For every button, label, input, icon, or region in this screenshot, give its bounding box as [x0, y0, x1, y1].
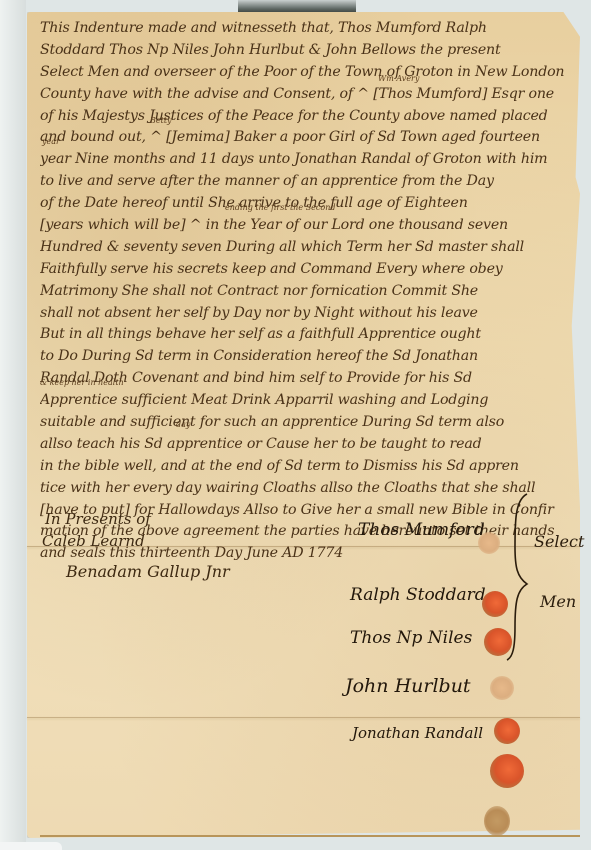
text-line: tice with her every day wairing Cloaths …: [40, 478, 580, 500]
text-line: in the bible well, and at the end of Sd …: [40, 456, 580, 478]
archival-sleeve-edge: [0, 0, 26, 850]
interlineation: Betty: [150, 116, 172, 125]
archive-label-tab: [0, 842, 62, 850]
interlineation: day: [176, 420, 190, 429]
text-line: suitable and sufficient for such an appr…: [40, 412, 580, 434]
margin-note: & keep her in health: [40, 378, 124, 387]
witness-signature: Caleb Learnd: [42, 532, 145, 550]
signature-randall: Jonathan Randall: [352, 724, 483, 742]
text-line: to Do During Sd term in Consideration he…: [40, 346, 580, 368]
text-line: Stoddard Thos Np Niles John Hurlbut & Jo…: [40, 40, 580, 62]
text-line: and bound out, ^ [Jemima] Baker a poor G…: [40, 127, 580, 149]
text-line: But in all things behave her self as a f…: [40, 324, 580, 346]
signature-stoddard: Ralph Stoddard: [350, 585, 486, 605]
text-line: Faithfully serve his secrets keep and Co…: [40, 259, 580, 281]
wax-seal: [478, 532, 500, 554]
text-line: allso teach his Sd apprentice or Cause h…: [40, 434, 580, 456]
text-line: to live and serve after the manner of an…: [40, 171, 580, 193]
text-line: of his Majestys Justices of the Peace fo…: [40, 106, 580, 128]
text-line: Apprentice sufficient Meat Drink Apparri…: [40, 390, 580, 412]
fold-crease: [27, 717, 580, 718]
curly-brace-icon: [505, 492, 535, 662]
wax-seal: [490, 754, 524, 788]
interlineation: ending the first the Second: [225, 203, 335, 212]
text-line: shall not absent her self by Day nor by …: [40, 303, 580, 325]
text-line: year Nine months and 11 days unto Jonath…: [40, 149, 580, 171]
witness-heading: In Presents of: [45, 510, 151, 528]
wax-seal: [490, 676, 514, 700]
wax-seal: [494, 718, 520, 744]
text-line: Hundred & seventy seven During all which…: [40, 237, 580, 259]
wax-seal: [484, 806, 510, 836]
interlineation: Wm Avery: [378, 74, 419, 83]
margin-note: year: [42, 137, 60, 146]
indenture-body: This Indenture made and witnesseth that,…: [40, 18, 580, 565]
signature-mumford: Thos Mumford: [358, 520, 485, 540]
signature-hurlbut: John Hurlbut: [345, 675, 471, 697]
mounting-clip: [238, 0, 356, 13]
text-line: Matrimony She shall not Contract nor for…: [40, 281, 580, 303]
text-line: [years which will be] ^ in the Year of o…: [40, 215, 580, 237]
text-line: County have with the advise and Consent,…: [40, 84, 580, 106]
witness-signature: Benadam Gallup Jnr: [66, 562, 230, 581]
text-line: Select Men and overseer of the Poor of t…: [40, 62, 580, 84]
brace-label-select: Select: [534, 532, 584, 551]
signature-niles: Thos Np Niles: [350, 628, 472, 648]
brace-label-men: Men: [540, 592, 576, 611]
text-line: This Indenture made and witnesseth that,…: [40, 18, 580, 40]
